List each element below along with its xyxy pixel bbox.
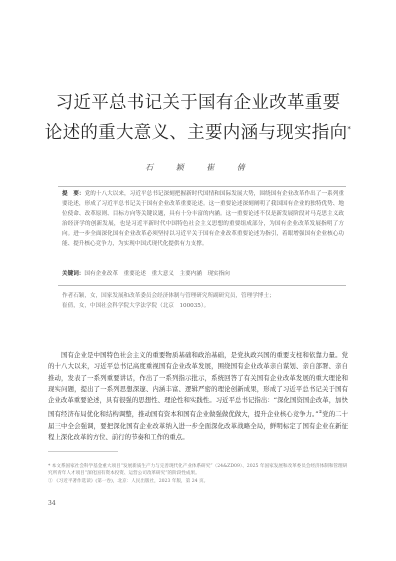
keywords-label: 关键词： xyxy=(62,271,84,277)
abstract-label: 提 要： xyxy=(62,191,85,197)
keywords-list: 国有企业改革 重要论述 重大意义 主要内涵 现实指向 xyxy=(84,271,229,277)
article-title: 习近平总书记关于国有企业改革重要 论述的重大意义、主要内涵与现实指向* xyxy=(40,90,356,146)
page-number: 34 xyxy=(48,500,56,507)
author-info-line-1: 作者石颖，女，国家发展和改革委员会经济体制与管理研究所副研究员，管理学博士； xyxy=(62,291,344,301)
abstract: 提 要：党的十八大以来，习近平总书记深刻把握新时代国情和国际发展大势，围绕国有企… xyxy=(62,190,344,249)
keywords: 关键词：国有企业改革 重要论述 重大意义 主要内涵 现实指向 xyxy=(62,270,344,279)
footnote-divider xyxy=(48,451,118,452)
authors: 石 颖 崔 倩 xyxy=(0,162,396,173)
abstract-text: 党的十八大以来，习近平总书记深刻把握新时代国情和国际发展大势，围绕国有企业改革作… xyxy=(62,191,344,247)
author-info-line-2: 崔倩，女，中国社会科学院大学法学院（北京 100035）。 xyxy=(62,301,344,311)
body-paragraph: 国有企业是中国特色社会主义的重要物质基础和政治基础，是党执政兴国的重要支柱和依靠… xyxy=(48,350,348,444)
footnotes: * 本文系国家社会科学基金重大项目“发展新质生产力与完善现代化产业体系研究”（2… xyxy=(48,463,348,485)
title-line-2: 论述的重大意义、主要内涵与现实指向* xyxy=(40,116,356,146)
title-line-1: 习近平总书记关于国有企业改革重要 xyxy=(40,90,356,116)
fund-note: * 本文系国家社会科学基金重大项目“发展新质生产力与完善现代化产业体系研究”（2… xyxy=(48,463,348,478)
author-info: 作者石颖，女，国家发展和改革委员会经济体制与管理研究所副研究员，管理学博士； 崔… xyxy=(62,291,344,311)
title-footnote-marker[interactable]: * xyxy=(347,125,351,133)
footnote-1: ① 《习近平著作选读》(第一卷)，北京：人民出版社，2023 年版，第 24 页… xyxy=(48,478,348,485)
